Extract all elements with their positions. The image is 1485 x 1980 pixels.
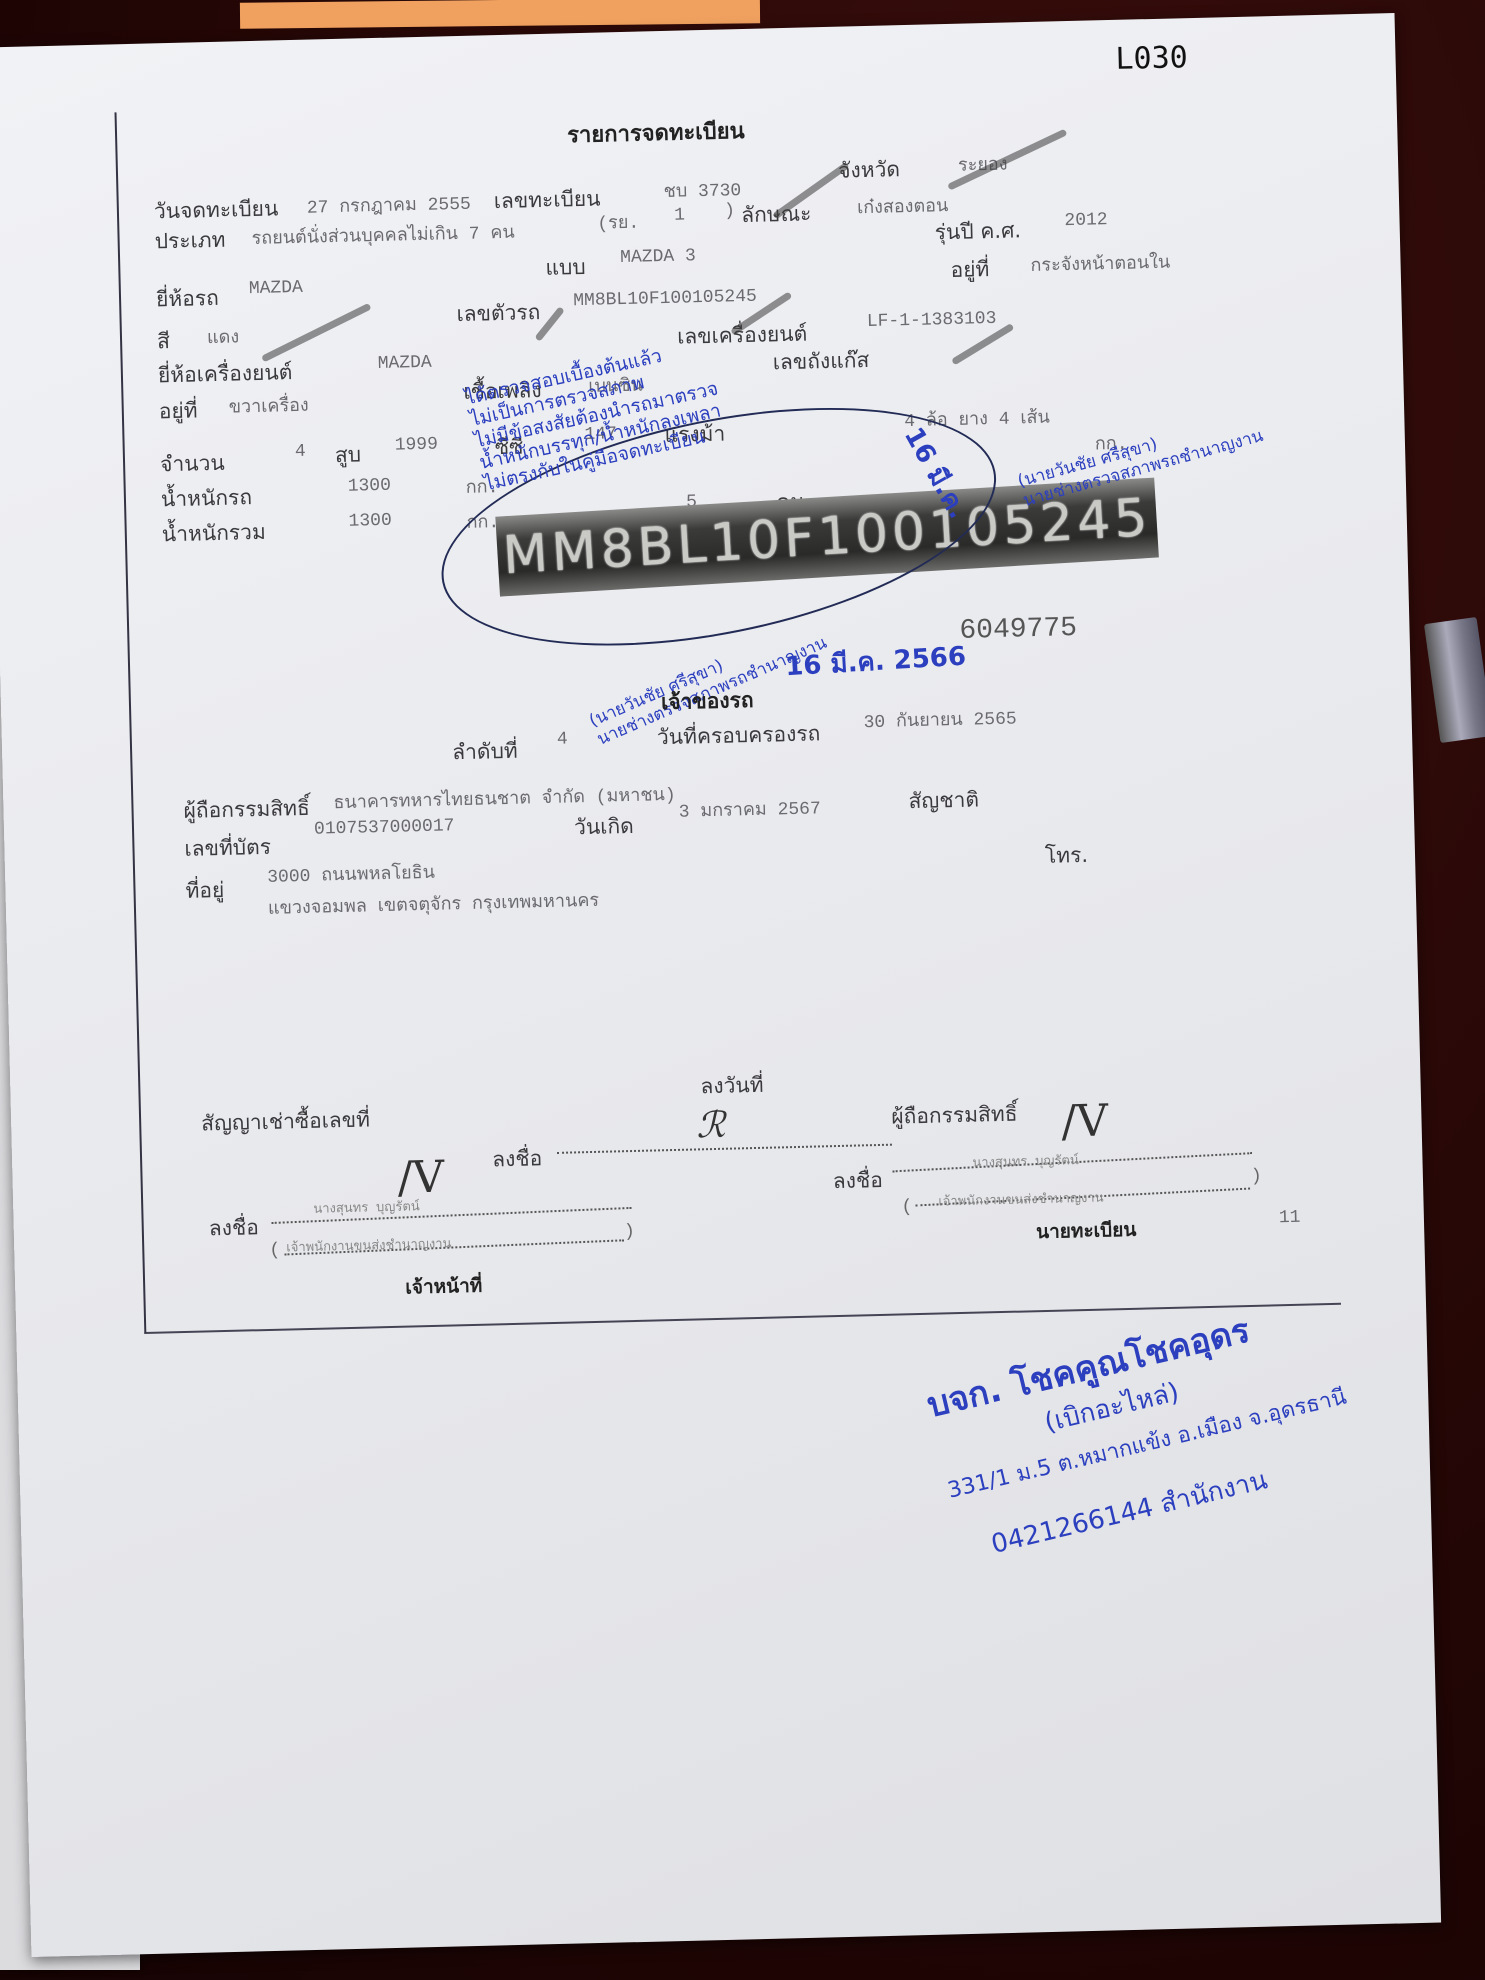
vin-location: กระจังหน้าตอนใน (1030, 247, 1170, 279)
document-title: รายการจดทะเบียน (567, 113, 745, 152)
nationality-label: สัญชาติ (908, 783, 979, 818)
dob-label: วันเกิด (574, 810, 634, 844)
engine-location: ขวาเครื่อง (228, 390, 309, 421)
officer-sign-label: ลงชื่อ (208, 1211, 259, 1245)
officer-position: เจ้าพนักงานขนส่งชำนาญงาน (286, 1232, 452, 1257)
cyl: 4 (295, 442, 306, 462)
phone-label: โทร. (1045, 839, 1089, 873)
model-label: แบบ (545, 251, 586, 285)
owner-label: ผู้ถือกรรมสิทธิ์ (183, 792, 310, 828)
engine-location-label: อยู่ที่ (158, 394, 198, 428)
ry-label: (รย. (597, 207, 640, 237)
registrar-role: นายทะเบียน (1036, 1215, 1137, 1247)
cc: 1999 (394, 435, 438, 456)
shop-stamp: บจก. โชคคูณโชคอุดร (เบิกอะไหล่) 331/1 ม.… (923, 1290, 1366, 1574)
year-label: รุ่นปี ค.ศ. (934, 214, 1021, 249)
gross: 1300 (348, 511, 392, 532)
owner-signature: ℛ (696, 1105, 726, 1147)
registrar-sign-label: ลงชื่อ (832, 1164, 883, 1198)
color-label: สี (157, 325, 171, 358)
cyl-label: จำนวน (160, 447, 225, 482)
vin-label: เลขตัวรถ (456, 296, 541, 331)
registrar-signature: /V (1061, 1095, 1109, 1147)
weight: 1300 (347, 476, 391, 497)
order-label: ลำดับที่ (452, 735, 518, 770)
page-number: 11 (1279, 1208, 1301, 1229)
type-label: ประเภท (154, 224, 226, 259)
plate-label: เลขทะเบียน (493, 183, 600, 219)
id-label: เลขที่บัตร (184, 831, 271, 866)
province-label: จังหวัด (838, 153, 901, 188)
owner-sign-label: ลงชื่อ (492, 1142, 543, 1176)
possession-date: 30 กันยายน 2565 (863, 703, 1017, 736)
registrar-position: เจ้าพนักงานขนส่งชำนาญงาน (938, 1187, 1104, 1212)
engine-brand: MAZDA (377, 353, 431, 374)
ry-value: 1 (674, 205, 685, 225)
hire-purchase-label: สัญญาเช่าซื้อเลขที่ (201, 1103, 370, 1140)
owner-heading: เจ้าของรถ (661, 684, 754, 719)
owner-role-label: ผู้ถือกรรมสิทธิ์ (891, 1098, 1018, 1134)
reg-date: 27 กรกฎาคม 2555 (306, 188, 471, 221)
brand-label: ยี่ห้อรถ (156, 282, 220, 317)
possession-label: วันที่ครอบครองรถ (657, 717, 821, 754)
color: แดง (207, 321, 240, 351)
dob: 3 มกราคม 2567 (678, 792, 821, 824)
officer-role: เจ้าหน้าที่ (405, 1271, 483, 1303)
brand: MAZDA (249, 278, 303, 299)
gas-tank-label: เลขถังแก๊ส (772, 344, 869, 379)
cyl-unit: สูบ (335, 438, 362, 472)
officer-paren-open: ( (269, 1241, 280, 1261)
officer-name: นางสุนทร บุญรัตน์ (313, 1195, 420, 1219)
shop-stamp-phone: 0421266144 (988, 1492, 1156, 1560)
registrar-paren-close: ) (1251, 1167, 1262, 1187)
id-number: 0107537000017 (314, 816, 455, 839)
weight-label: น้ำหนักรถ (161, 481, 253, 516)
registration-document: L030 รายการจดทะเบียน วันจดทะเบียน 27 กรก… (0, 13, 1441, 1957)
registrar-name: นางสุนทร บุญรัตน์ (972, 1149, 1079, 1173)
year: 2012 (1064, 210, 1108, 231)
vin-location-label: อยู่ที่ (950, 253, 990, 287)
sign-date-label: ลงวันที่ (700, 1069, 764, 1104)
shop-stamp-phone-label: สำนักงาน (1157, 1465, 1270, 1519)
ry-close: ) (724, 201, 735, 221)
engine-brand-label: ยี่ห้อเครื่องยนต์ (158, 356, 293, 392)
order: 4 (557, 729, 568, 749)
address-line1: 3000 ถนนพหลโยธิน (267, 857, 435, 890)
stray-number: 6049775 (959, 613, 1077, 647)
address-label: ที่อยู่ (185, 874, 225, 908)
registrar-paren-open: ( (901, 1197, 912, 1217)
officer-paren-close: ) (624, 1222, 635, 1242)
corner-handwritten-note: L030 (1115, 40, 1188, 77)
engine-no: LF-1-1383103 (867, 309, 997, 332)
model: MAZDA 3 (620, 246, 696, 268)
gross-label: น้ำหนักรวม (161, 516, 266, 552)
plate: ชบ 3730 (663, 174, 741, 205)
